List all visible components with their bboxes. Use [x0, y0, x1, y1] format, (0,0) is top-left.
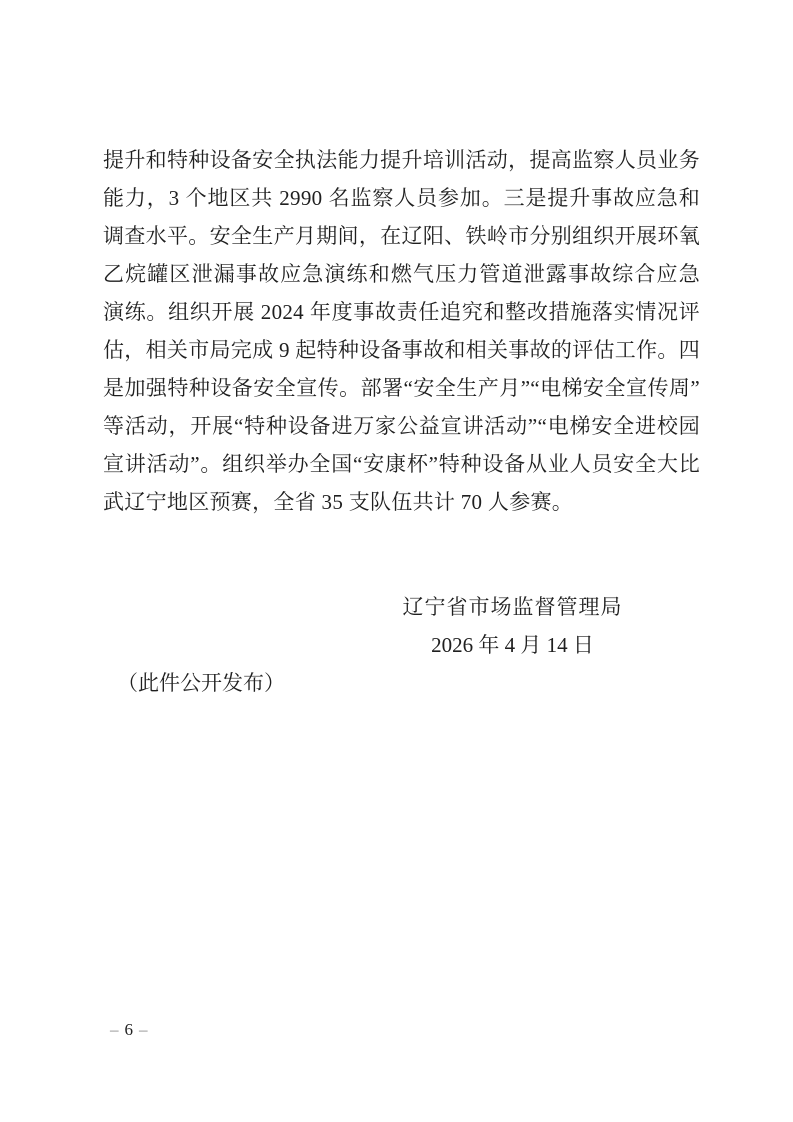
body-line: 提升和特种设备安全执法能力提升培训活动，提高监察人员业务 — [103, 141, 700, 179]
body-line: 宣讲活动”。组织举办全国“安康杯”特种设备从业人员安全大比 — [103, 445, 700, 483]
page-number-dash-left: – — [104, 1020, 125, 1039]
signature-issuer: 辽宁省市场监督管理局 — [340, 588, 685, 626]
body-line: 是加强特种设备安全宣传。部署“安全生产月”“电梯安全宣传周” — [103, 369, 700, 407]
page-number-dash-right: – — [133, 1020, 154, 1039]
body-line: 估，相关市局完成 9 起特种设备事故和相关事故的评估工作。四 — [103, 331, 700, 369]
document-page: 提升和特种设备安全执法能力提升培训活动，提高监察人员业务 能力，3 个地区共 2… — [0, 0, 793, 1122]
body-line: 调查水平。安全生产月期间，在辽阳、铁岭市分别组织开展环氧 — [103, 217, 700, 255]
page-number: –6– — [104, 1020, 154, 1040]
signature-block: 辽宁省市场监督管理局 2026 年 4 月 14 日 — [340, 588, 685, 664]
body-paragraph: 提升和特种设备安全执法能力提升培训活动，提高监察人员业务 能力，3 个地区共 2… — [103, 141, 700, 521]
page-number-value: 6 — [125, 1020, 134, 1039]
body-line: 乙烷罐区泄漏事故应急演练和燃气压力管道泄露事故综合应急 — [103, 255, 700, 293]
body-line: 演练。组织开展 2024 年度事故责任追究和整改措施落实情况评 — [103, 293, 700, 331]
body-line: 武辽宁地区预赛，全省 35 支队伍共计 70 人参赛。 — [103, 483, 700, 521]
body-line: 等活动，开展“特种设备进万家公益宣讲活动”“电梯安全进校园 — [103, 407, 700, 445]
signature-date: 2026 年 4 月 14 日 — [340, 626, 685, 664]
body-line: 能力，3 个地区共 2990 名监察人员参加。三是提升事故应急和 — [103, 179, 700, 217]
release-note: （此件公开发布） — [103, 664, 285, 702]
